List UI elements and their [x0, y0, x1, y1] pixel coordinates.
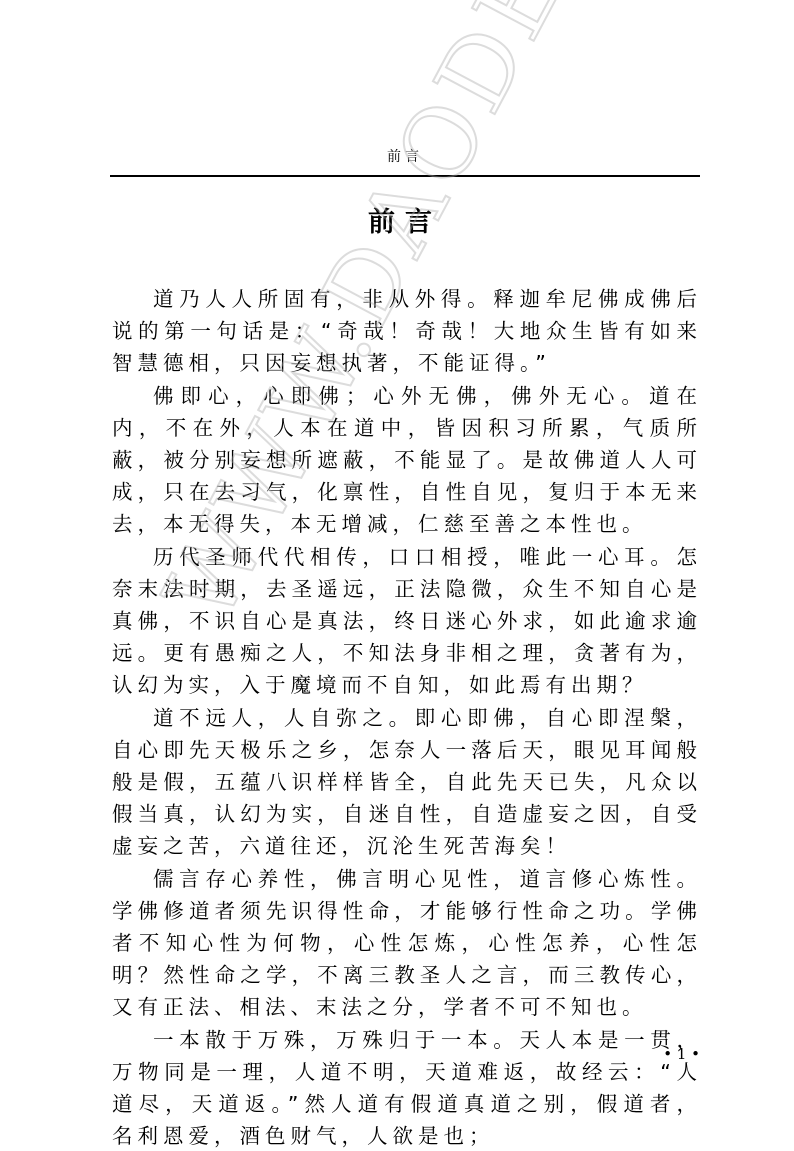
paragraph-2: 佛即心，心即佛；心外无佛，佛外无心。道在内，不在外，人本在道中，皆因积习所累，气… — [112, 380, 702, 541]
running-head: 前言 — [110, 147, 700, 167]
header-rule — [110, 175, 700, 177]
chapter-title: 前言 — [110, 205, 700, 241]
paragraph-4: 道不远人，人自弥之。即心即佛，自心即涅槃，自心即先天极乐之乡，怎奈人一落后天，眼… — [112, 702, 702, 863]
page-number: • 1 • — [640, 1044, 700, 1064]
body-text: 道乃人人所固有，非从外得。释迦牟尼佛成佛后说的第一句话是：“奇哉！奇哉！大地众生… — [112, 283, 702, 1151]
document-page: 前言 前言 道乃人人所固有，非从外得。释迦牟尼佛成佛后说的第一句话是：“奇哉！奇… — [0, 0, 794, 1151]
paragraph-6: 一本散于万殊，万殊归于一本。天人本是一贯，万物同是一理，人道不明，天道难返，故经… — [112, 1024, 702, 1151]
paragraph-3: 历代圣师代代相传，口口相授，唯此一心耳。怎奈末法时期，去圣遥远，正法隐微，众生不… — [112, 541, 702, 702]
paragraph-1: 道乃人人所固有，非从外得。释迦牟尼佛成佛后说的第一句话是：“奇哉！奇哉！大地众生… — [112, 283, 702, 380]
paragraph-5: 儒言存心养性，佛言明心见性，道言修心炼性。学佛修道者须先识得性命，才能够行性命之… — [112, 863, 702, 1024]
